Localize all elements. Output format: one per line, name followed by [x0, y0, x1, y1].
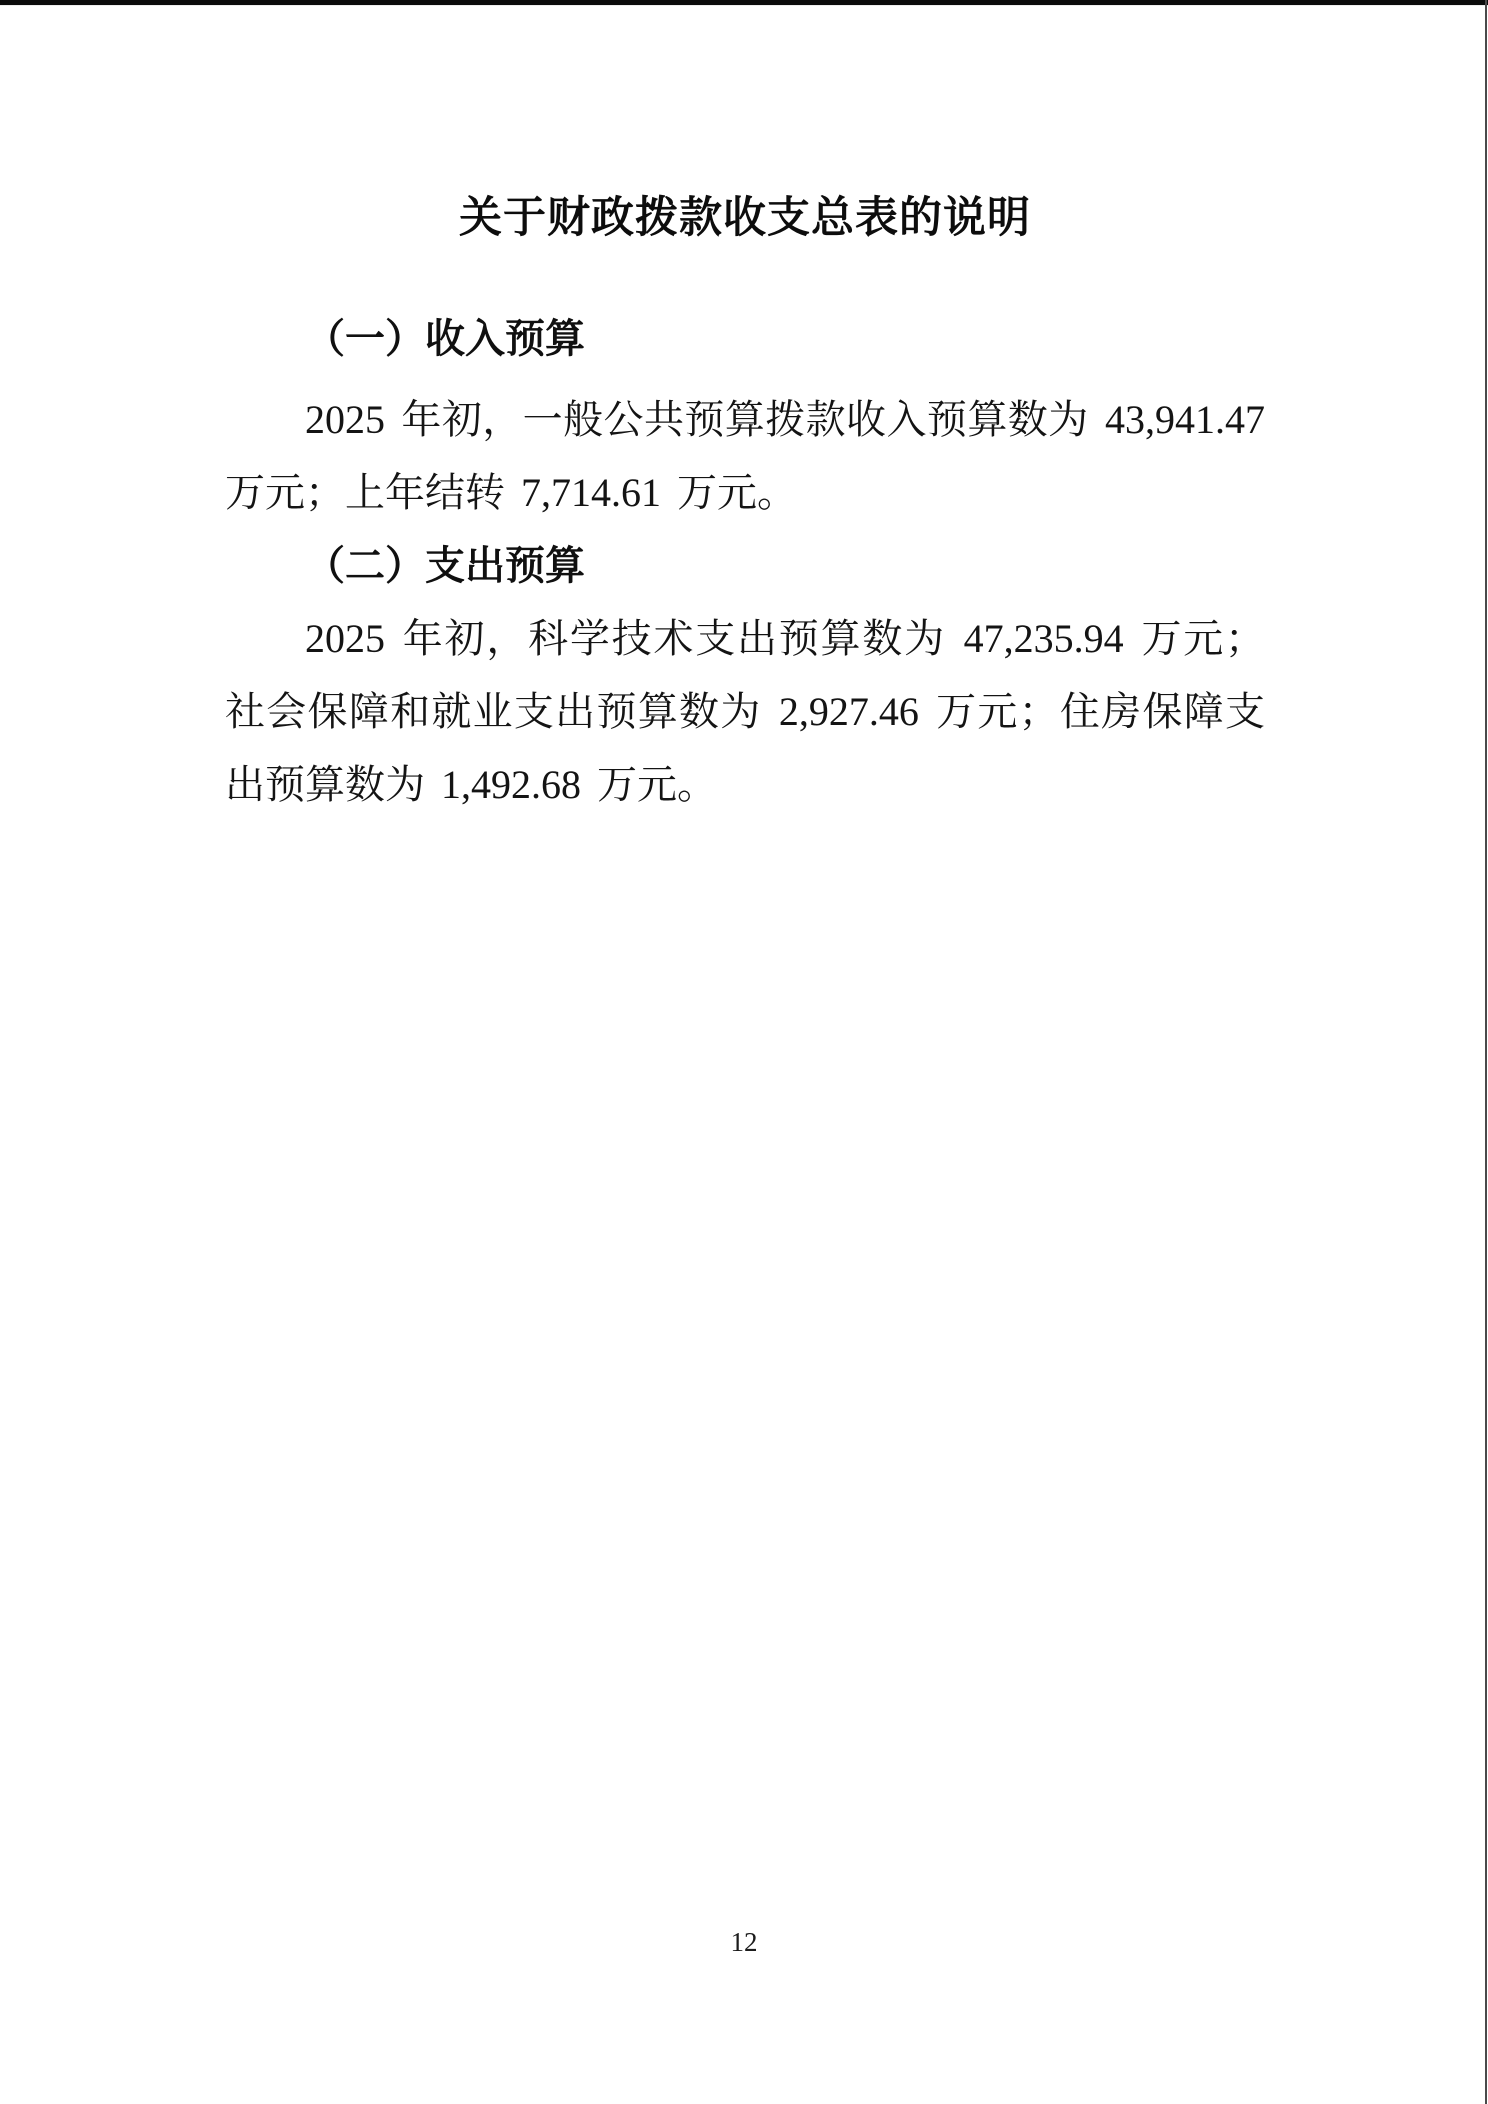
section-1-heading: （一）收入预算 — [225, 302, 1265, 375]
section-2-paragraph: 2025 年初，科学技术支出预算数为 47,235.94 万元；社会保障和就业支… — [225, 602, 1265, 821]
page-number: 12 — [0, 1926, 1488, 1958]
document-body: 关于财政拨款收支总表的说明 （一）收入预算 2025 年初，一般公共预算拨款收入… — [225, 0, 1265, 821]
page-title: 关于财政拨款收支总表的说明 — [225, 192, 1265, 244]
section-2-heading: （二）支出预算 — [225, 529, 1265, 602]
scan-edge-right — [1485, 0, 1487, 2104]
section-1-paragraph: 2025 年初，一般公共预算拨款收入预算数为 43,941.47 万元；上年结转… — [225, 383, 1265, 529]
document-page: 关于财政拨款收支总表的说明 （一）收入预算 2025 年初，一般公共预算拨款收入… — [0, 0, 1488, 2104]
